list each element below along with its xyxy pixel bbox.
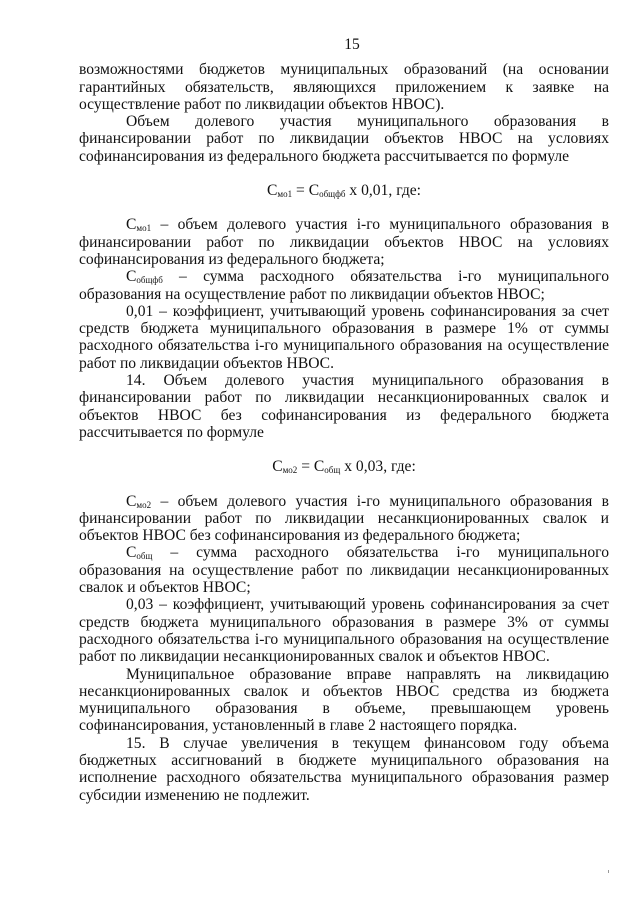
paragraph-14: 14. Объем долевого участия муниципальног…: [79, 372, 609, 441]
paragraph-continuation: возможностями бюджетов муниципальных обр…: [79, 61, 609, 113]
definition-cmo1: Смо1 – объем долевого участия i-го муниц…: [79, 216, 609, 268]
definition-coef-001: 0,01 – коэффициент, учитывающий уровень …: [79, 303, 609, 372]
page-number: 15: [79, 36, 609, 53]
definition-coef-003: 0,03 – коэффициент, учитывающий уровень …: [79, 596, 609, 665]
definition-cmo2: Смо2 – объем долевого участия i-го муниц…: [79, 493, 609, 545]
paragraph-formula-intro-1: Объем долевого участия муниципального об…: [79, 113, 609, 165]
document-page: 15 возможностями бюджетов муниципальных …: [79, 36, 609, 804]
paragraph-municipal-right: Муниципальное образование вправе направл…: [79, 666, 609, 735]
paragraph-15: 15. В случае увеличения в текущем финанс…: [79, 735, 609, 804]
definition-cobsh: Собщ – сумма расходного обязательства i-…: [79, 544, 609, 596]
scan-mark: [608, 870, 609, 873]
definition-cobshfb: Собщфб – сумма расходного обязательства …: [79, 268, 609, 303]
formula-2: Смо2 = Собщ х 0,03, где:: [79, 458, 609, 475]
formula-1: Смо1 = Собщфб х 0,01, где:: [79, 182, 609, 199]
